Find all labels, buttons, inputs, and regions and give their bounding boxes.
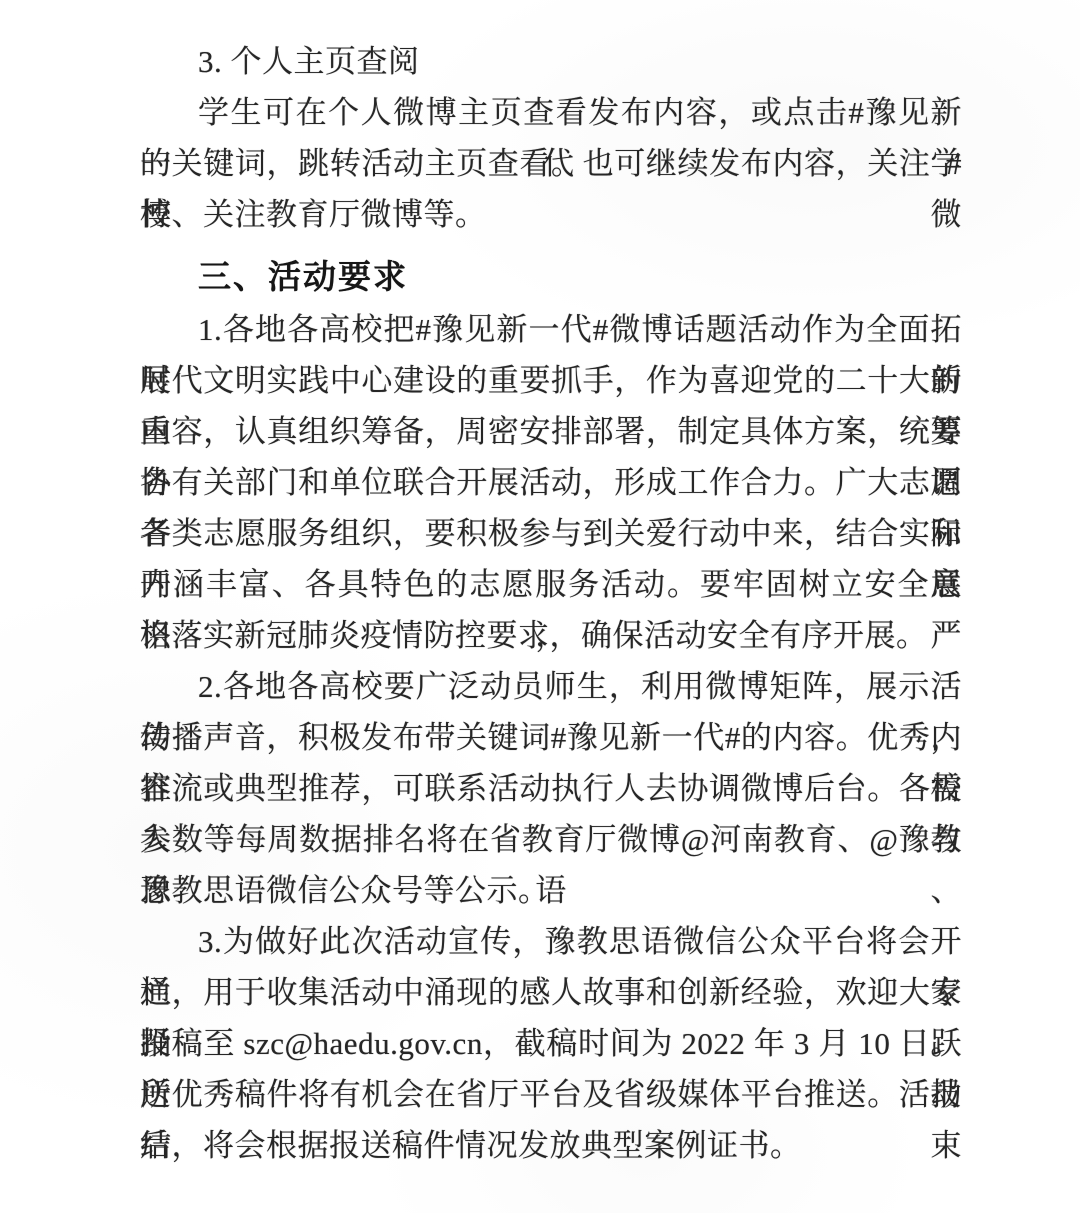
text-line: 内涵丰富、各具特色的志愿服务活动。要牢固树立安全意识，严 <box>140 559 962 610</box>
text-line: 各有关部门和单位联合开展活动，形成工作合力。广大志愿者和 <box>140 457 962 508</box>
text-line: 传播声音，积极发布带关键词#豫见新一代#的内容。优秀内容需 <box>140 712 962 763</box>
text-line: 时代文明实践中心建设的重要抓手，作为喜迎党的二十大的重要 <box>140 355 962 406</box>
text-line: 各类志愿服务组织，要积极参与到关爱行动中来，结合实际开展 <box>140 508 962 559</box>
text-line: 2.各地各高校要广泛动员师生，利用微博矩阵，展示活动， <box>140 661 962 712</box>
subheading-personal-homepage: 3. 个人主页查阅 <box>140 36 962 87</box>
text-line: 送优秀稿件将有机会在省厅平台及省级媒体平台推送。活动结束 <box>140 1069 962 1120</box>
document-text-column: 3. 个人主页查阅 学生可在个人微博主页查看发布内容，或点击#豫见新一代# 的关… <box>140 36 962 1171</box>
text-line: 格落实新冠肺炎疫情防控要求，确保活动安全有序开展。 <box>140 610 962 661</box>
text-line: 学生可在个人微博主页查看发布内容，或点击#豫见新一代# <box>140 87 962 138</box>
text-line: 的关键词，跳转活动主页查看。也可继续发布内容，关注学校微 <box>140 138 962 189</box>
section-heading-activity-requirements: 三、活动要求 <box>140 250 962 304</box>
text-line: 内容，认真组织筹备，周密安排部署，制定具体方案，统筹协调 <box>140 406 962 457</box>
text-line: 推流或典型推荐，可联系活动执行人去协调微博后台。各校参与 <box>140 763 962 814</box>
text-line: 栏，用于收集活动中涌现的感人故事和创新经验，欢迎大家踊跃 <box>140 967 962 1018</box>
text-line: 人数等每周数据排名将在省教育厅微博@河南教育、@豫教思语、 <box>140 814 962 865</box>
text-line: 3.为做好此次活动宣传，豫教思语微信公众平台将会开通专 <box>140 916 962 967</box>
text-line: 1.各地各高校把#豫见新一代#微博话题活动作为全面拓展新 <box>140 304 962 355</box>
scanned-document-page: 3. 个人主页查阅 学生可在个人微博主页查看发布内容，或点击#豫见新一代# 的关… <box>0 0 1080 1213</box>
text-line-with-email: 投稿至 szc@haedu.gov.cn，截稿时间为 2022 年 3 月 10… <box>140 1018 962 1069</box>
